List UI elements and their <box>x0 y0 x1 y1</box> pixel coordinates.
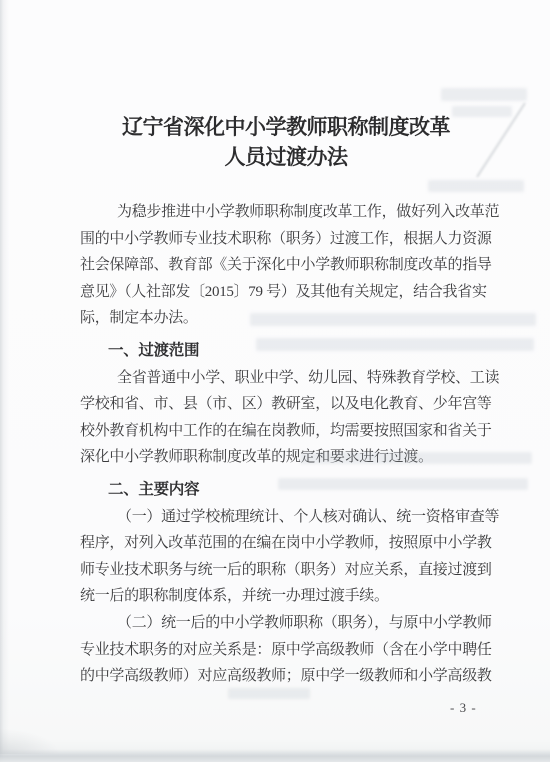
text-line: 际，制定本办法。 <box>80 305 494 332</box>
scanned-page: 辽宁省深化中小学教师职称制度改革 人员过渡办法 为稳步推进中小学教师职称制度改革… <box>0 0 550 762</box>
document-title-line-2: 人员过渡办法 <box>80 142 492 172</box>
document-body: 为稳步推进中小学教师职称制度改革工作，做好列入改革范围的中小学教师专业技术职称（… <box>80 199 494 690</box>
text-line: 为稳步推进中小学教师职称制度改革工作，做好列入改革范 <box>80 199 494 226</box>
text-line: 专业技术职务的对应关系是：原中学高级教师（含在小学中聘任 <box>80 637 494 664</box>
section-heading: 二、主要内容 <box>80 477 494 504</box>
text-line: 社会保障部、教育部《关于深化中小学教师职称制度改革的指导 <box>80 252 494 279</box>
text-line: （一）通过学校梳理统计、个人核对确认、统一资格审查等 <box>80 504 494 531</box>
document-title-line-1: 辽宁省深化中小学教师职称制度改革 <box>80 112 492 142</box>
text-line: 师专业技术职务与统一后的职称（职务）对应关系，直接过渡到 <box>80 557 494 584</box>
section-heading: 一、过渡范围 <box>80 338 494 365</box>
text-line: （二）统一后的中小学教师职称（职务），与原中小学教师 <box>80 610 494 637</box>
text-line: 程序，对列入改革范围的在编在岗中小学教师，按照原中小学教 <box>80 530 494 557</box>
document-title: 辽宁省深化中小学教师职称制度改革 人员过渡办法 <box>80 112 492 172</box>
text-line: 校外教育机构中工作的在编在岗教师，均需要按照国家和省关于 <box>80 418 494 445</box>
text-line: 意见》（人社部发〔2015〕79 号）及其他有关规定，结合我省实 <box>80 279 494 306</box>
bleed-through-mark <box>428 180 524 192</box>
page-number: - 3 - <box>450 700 477 716</box>
text-line: 围的中小学教师专业技术职称（职务）过渡工作，根据人力资源 <box>80 226 494 253</box>
text-line: 学校和省、市、县（市、区）教研室，以及电化教育、少年宫等 <box>80 391 494 418</box>
text-line: 的中学高级教师）对应高级教师；原中学一级教师和小学高级教 <box>80 663 494 690</box>
scanner-edge-shadow-bottom <box>0 749 550 762</box>
text-line: 深化中小学教师职称制度改革的规定和要求进行过渡。 <box>80 444 494 471</box>
bleed-through-mark <box>441 88 527 101</box>
text-line: 全省普通中小学、职业中学、幼儿园、特殊教育学校、工读 <box>80 365 494 392</box>
text-line: 统一后的职称制度体系，并统一办理过渡手续。 <box>80 583 494 610</box>
scanner-edge-shadow-left <box>0 0 9 762</box>
